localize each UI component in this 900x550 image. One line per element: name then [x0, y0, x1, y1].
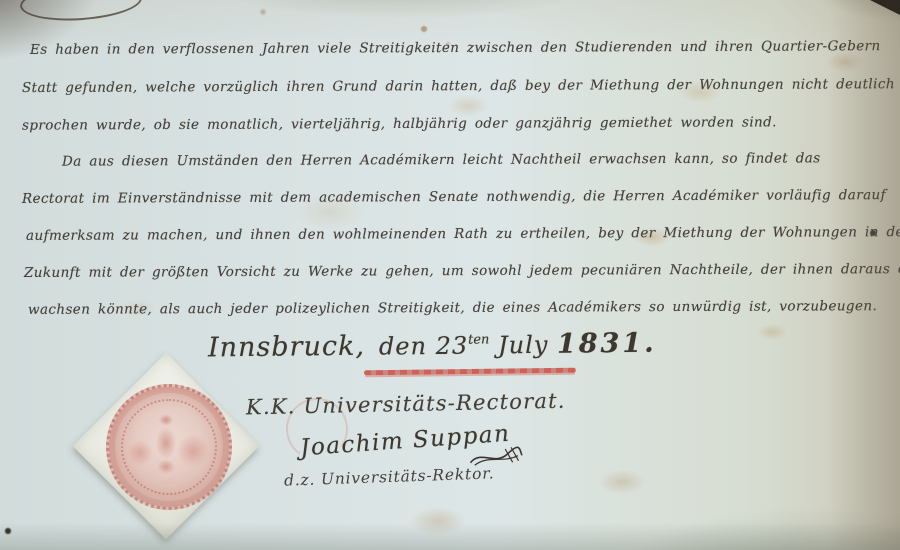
date-month: July — [489, 331, 557, 360]
manuscript-line: Da aus diesen Umständen den Herren Acadé… — [62, 150, 821, 169]
manuscript-photo: Es haben in den verflossenen Jahren viel… — [0, 0, 900, 550]
manuscript-line: wachsen könnte, als auch jeder polizeyli… — [28, 298, 877, 318]
paper-seal — [66, 356, 266, 550]
manuscript-line: Zukunft mit der größten Vorsicht zu Werk… — [24, 261, 900, 281]
photo-corner-mark — [870, 0, 900, 15]
seal-relief-left — [128, 440, 152, 466]
manuscript-line: sprochen wurde, ob sie monatlich, vierte… — [22, 114, 777, 133]
manuscript-line: Rectorat im Einverständnisse mit dem aca… — [22, 187, 886, 207]
seal-relief-figure — [150, 414, 182, 474]
signature-title: d.z. Universitäts-Rektor. — [284, 464, 495, 489]
archival-ink-mark — [19, 0, 143, 24]
manuscript-line: aufmerksam zu machen, und ihnen den wohl… — [26, 224, 900, 244]
date-year: 1831. — [557, 328, 657, 360]
office-line: K.K. Universitäts-Rectorat. — [246, 389, 566, 420]
manuscript-line: Statt gefunden, welche vorzüglich ihren … — [22, 76, 900, 96]
dateline: Innsbruck,den 23ten July 1831. — [208, 328, 657, 364]
date-day: den 23 — [379, 332, 468, 361]
date-red-underline — [364, 368, 576, 376]
seal-relief-right — [178, 434, 208, 468]
date-ordinal-superscript: ten — [468, 332, 489, 347]
manuscript-line: Es haben in den verflossenen Jahren viel… — [30, 38, 881, 58]
